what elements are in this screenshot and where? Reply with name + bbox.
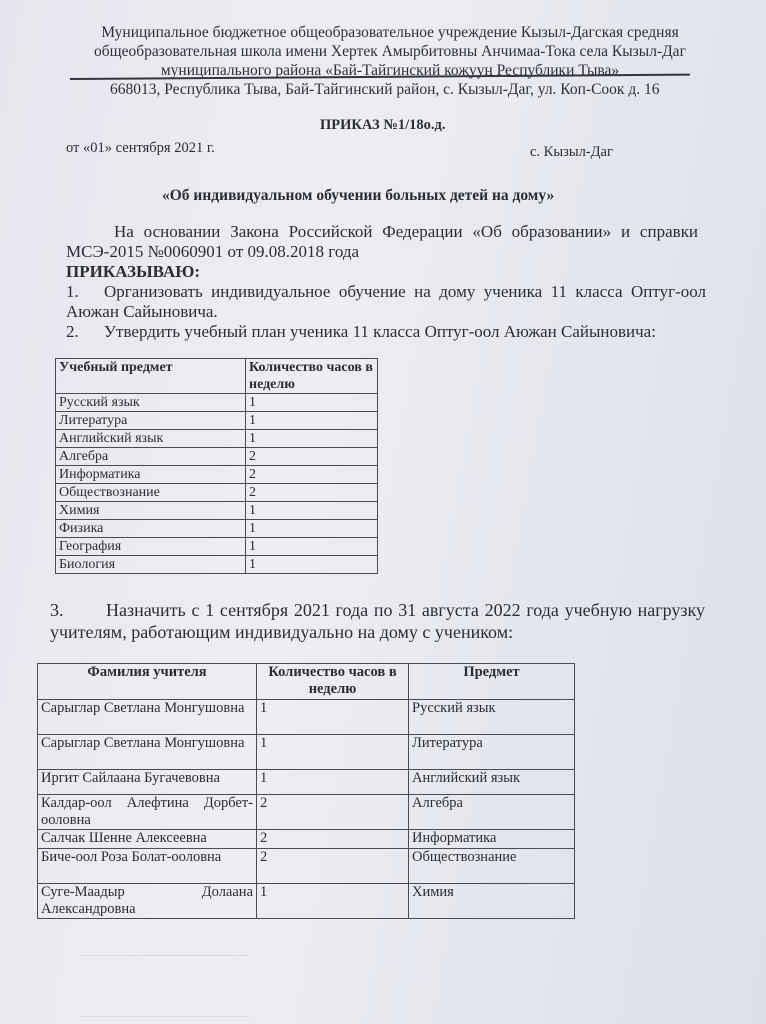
subject-cell: Английский язык bbox=[409, 770, 575, 795]
hours-cell: 2 bbox=[246, 484, 378, 502]
subject-cell: Информатика bbox=[56, 466, 246, 484]
teacher-name-cell: Иргит Сайлаана Бугачевовна bbox=[38, 770, 257, 795]
table-header-row: Учебный предмет Количество часов в недел… bbox=[56, 359, 378, 394]
table-row: Химия1 bbox=[56, 502, 378, 520]
table-row: Биология1 bbox=[56, 556, 378, 574]
table-row: Русский язык1 bbox=[56, 394, 378, 412]
column-header: Предмет bbox=[409, 664, 575, 700]
order-title: ПРИКАЗ №1/18о.д. bbox=[320, 117, 446, 134]
order-item-1: 1.Организовать индивидуальное обучение н… bbox=[66, 282, 706, 322]
item-number: 2. bbox=[66, 322, 104, 342]
table-row: Биче-оол Роза Болат-ооловна2Обществознан… bbox=[38, 849, 575, 884]
hours-cell: 1 bbox=[257, 770, 409, 795]
hours-cell: 1 bbox=[246, 394, 378, 412]
item-text: Организовать индивидуальное обучение на … bbox=[66, 282, 706, 321]
hours-cell: 1 bbox=[246, 556, 378, 574]
hours-cell: 1 bbox=[246, 430, 378, 448]
order-date: от «01» сентября 2021 г. bbox=[66, 140, 215, 157]
order-item-3: 3.Назначить с 1 сентября 2021 года по 31… bbox=[50, 599, 705, 643]
table-row: Салчак Шенне Алексеевна2Информатика bbox=[38, 830, 575, 849]
table-row: Сарыглар Светлана Монгушовна1Литература bbox=[38, 735, 575, 770]
school-header: Муниципальное бюджетное общеобразователь… bbox=[70, 23, 710, 80]
subject-cell: Информатика bbox=[409, 830, 575, 849]
item-text: Утвердить учебный план ученика 11 класса… bbox=[104, 322, 656, 341]
subject-cell: Литература bbox=[56, 412, 246, 430]
bleed-through-marks bbox=[80, 955, 250, 1017]
column-header: Учебный предмет bbox=[56, 359, 246, 394]
teacher-name-cell: Салчак Шенне Алексеевна bbox=[38, 830, 257, 849]
teacher-load-table: Фамилия учителя Количество часов в недел… bbox=[37, 663, 575, 919]
order-word: ПРИКАЗЫВАЮ: bbox=[66, 262, 698, 282]
column-header: Количество часов в неделю bbox=[257, 664, 409, 700]
table-row: Калдар-оол Алефтина Дорбет-ооловна2Алгеб… bbox=[38, 795, 575, 830]
table-row: Английский язык1 bbox=[56, 430, 378, 448]
subject-cell: Алгебра bbox=[56, 448, 246, 466]
table-row: Алгебра2 bbox=[56, 448, 378, 466]
subject-cell: Английский язык bbox=[56, 430, 246, 448]
table-row: Суге-Маадыр Долаана Александровна1Химия bbox=[38, 884, 575, 919]
table-row: Литература1 bbox=[56, 412, 378, 430]
item-number: 3. bbox=[50, 599, 106, 621]
subject-cell: Химия bbox=[409, 884, 575, 919]
order-subject: «Об индивидуальном обучении больных дете… bbox=[162, 187, 554, 205]
hours-cell: 2 bbox=[246, 448, 378, 466]
hours-cell: 1 bbox=[246, 538, 378, 556]
hours-cell: 1 bbox=[246, 412, 378, 430]
subject-cell: Русский язык bbox=[409, 700, 575, 735]
item-text: Назначить с 1 сентября 2021 года по 31 а… bbox=[50, 600, 705, 642]
subject-cell: Обществознание bbox=[56, 484, 246, 502]
teacher-name-cell: Сарыглар Светлана Монгушовна bbox=[38, 735, 257, 770]
column-header: Количество часов в неделю bbox=[246, 359, 378, 394]
hours-cell: 1 bbox=[246, 502, 378, 520]
study-plan-table: Учебный предмет Количество часов в недел… bbox=[55, 358, 378, 574]
table-row: Информатика2 bbox=[56, 466, 378, 484]
teacher-name-cell: Калдар-оол Алефтина Дорбет-ооловна bbox=[38, 795, 257, 830]
subject-cell: Обществознание bbox=[409, 849, 575, 884]
order-item-2: 2.Утвердить учебный план ученика 11 клас… bbox=[66, 322, 706, 342]
subject-cell: Алгебра bbox=[409, 795, 575, 830]
hours-cell: 2 bbox=[257, 849, 409, 884]
school-address: 668013, Республика Тыва, Бай-Тайгинский … bbox=[110, 81, 659, 99]
document-page: Муниципальное бюджетное общеобразователь… bbox=[0, 0, 766, 1024]
hours-cell: 1 bbox=[257, 735, 409, 770]
subject-cell: География bbox=[56, 538, 246, 556]
order-place: с. Кызыл-Даг bbox=[530, 144, 613, 161]
hours-cell: 2 bbox=[246, 466, 378, 484]
teacher-name-cell: Биче-оол Роза Болат-ооловна bbox=[38, 849, 257, 884]
item-number: 1. bbox=[66, 282, 104, 302]
column-header: Фамилия учителя bbox=[38, 664, 257, 700]
subject-cell: Биология bbox=[56, 556, 246, 574]
hours-cell: 2 bbox=[257, 795, 409, 830]
hours-cell: 1 bbox=[257, 700, 409, 735]
subject-cell: Химия bbox=[56, 502, 246, 520]
table-row: Сарыглар Светлана Монгушовна1Русский язы… bbox=[38, 700, 575, 735]
header-line-2: общеобразовательная школа имени Хертек А… bbox=[70, 42, 710, 61]
hours-cell: 1 bbox=[246, 520, 378, 538]
basis-paragraph: На основании Закона Российской Федерации… bbox=[66, 222, 698, 262]
table-row: Физика1 bbox=[56, 520, 378, 538]
subject-cell: Литература bbox=[409, 735, 575, 770]
hours-cell: 2 bbox=[257, 830, 409, 849]
subject-cell: Физика bbox=[56, 520, 246, 538]
hours-cell: 1 bbox=[257, 884, 409, 919]
teacher-name-cell: Суге-Маадыр Долаана Александровна bbox=[38, 884, 257, 919]
table-row: География1 bbox=[56, 538, 378, 556]
teacher-name-cell: Сарыглар Светлана Монгушовна bbox=[38, 700, 257, 735]
subject-cell: Русский язык bbox=[56, 394, 246, 412]
table-row: Обществознание2 bbox=[56, 484, 378, 502]
table-row: Иргит Сайлаана Бугачевовна1Английский яз… bbox=[38, 770, 575, 795]
header-line-1: Муниципальное бюджетное общеобразователь… bbox=[70, 23, 710, 42]
table-header-row: Фамилия учителя Количество часов в недел… bbox=[38, 664, 575, 700]
